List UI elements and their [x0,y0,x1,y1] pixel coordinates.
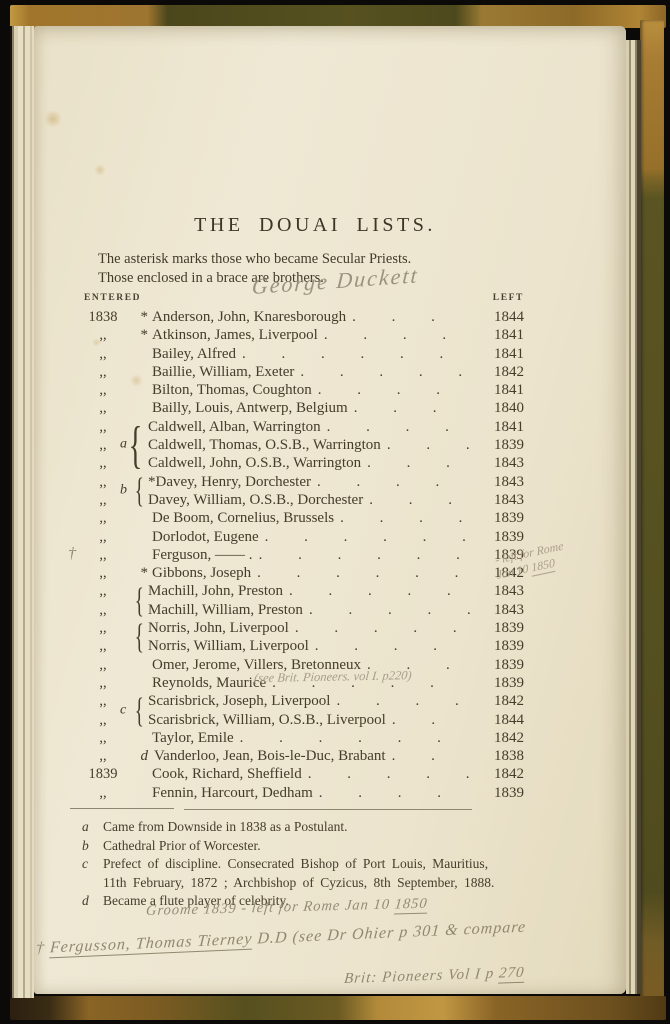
list-row: ,, Bilton, Thomas, Coughton 1841 [80,381,524,399]
name-cell: Ferguson, —— . [148,546,253,564]
left-year-cell: 1843 [478,491,524,509]
left-year-cell: 1842 [478,765,524,783]
book-cover-right-edge [640,20,664,1012]
footnote: c Prefect of discipline. Consecrated Bis… [82,855,552,892]
dot-leader [392,711,470,729]
left-year-cell: 1841 [478,418,524,436]
name-cell: Taylor, Emile [148,729,234,747]
left-year-cell: 1839 [478,528,524,546]
footnote-text: Prefect of discipline. Consecrated Bisho… [103,855,552,892]
dot-leader [240,729,470,747]
dot-leader [387,436,470,454]
name-cell: Machill, William, Preston [148,601,303,619]
name-cell: Bilton, Thomas, Coughton [148,381,312,399]
left-year-cell: 1839 [478,637,524,655]
name-cell: Machill, John, Preston [148,582,283,600]
dot-leader [392,747,470,765]
footnote-letter: a [82,818,103,837]
handwritten-reynolds-note: (see Brit. Pioneers. vol I. p220) [253,668,412,686]
footnote-rule [70,808,174,809]
name-cell: Anderson, John, Knaresborough [148,308,346,326]
mark-cell: * [126,308,148,326]
dot-leader [367,454,470,472]
list-row: ,, Machill, John, Preston 1843 [80,582,524,600]
name-cell: Vanderloo, Jean, Bois-le-Duc, Brabant [150,747,386,765]
left-year-cell: 1840 [478,399,524,417]
name-cell: Atkinson, James, Liverpool [148,326,318,344]
footnote: a Came from Downside in 1838 as a Postul… [82,818,552,837]
dot-leader [242,345,470,363]
entered-year-cell: ,, [80,656,126,674]
dot-leader [309,601,470,619]
list-row: ,, De Boom, Cornelius, Brussels 1839 [80,509,524,527]
left-year-cell: 1841 [478,381,524,399]
name-cell: Caldwell, Alban, Warrington [148,418,321,436]
dot-leader [369,491,470,509]
entered-year-cell: ,, [80,436,126,454]
foxing-spot [94,164,106,176]
list-row: ,, Scarisbrick, William, O.S.B., Liverpo… [80,711,524,729]
list-row: ,, Dorlodot, Eugene 1839 [80,528,524,546]
list-row: ,, * Atkinson, James, Liverpool 1841 [80,326,524,344]
name-cell: Norris, William, Liverpool [148,637,309,655]
mark-cell: * [126,326,148,344]
dot-leader [300,363,470,381]
list-row: ,, Bailly, Louis, Antwerp, Belgium 1840 [80,399,524,417]
entered-year-cell: ,, [80,491,126,509]
entered-year-cell: ,, [80,692,126,710]
entered-year-cell: ,, [80,729,126,747]
footnote-letter: b [82,837,103,856]
dot-leader [317,473,470,491]
left-year-cell: 1841 [478,345,524,363]
footnote-letter: d [82,892,103,911]
entered-year-cell: ,, [80,674,126,692]
list-row: ,, *Davey, Henry, Dorchester 1843 [80,473,524,491]
dot-leader [336,692,470,710]
name-cell: De Boom, Cornelius, Brussels [148,509,334,527]
dot-leader [295,619,470,637]
left-year-cell: 1839 [478,509,524,527]
left-year-cell: 1843 [478,582,524,600]
left-year-cell: 1839 [478,784,524,802]
book-cover-bottom-edge [10,996,666,1020]
name-cell: Baillie, William, Exeter [148,363,294,381]
book-cover-top-edge [10,5,666,28]
book-page: THE DOUAI LISTS. The asterisk marks thos… [34,26,626,994]
list-row: ,, Scarisbrick, Joseph, Liverpool 1842 [80,692,524,710]
footnote: b Cathedral Prior of Worcester. [82,837,552,856]
dot-leader [289,582,470,600]
entered-year-cell: ,, [80,363,126,381]
entered-year-cell: ,, [80,546,126,564]
list-row: ,, Fennin, Harcourt, Dedham 1839 [80,784,524,802]
handwritten-margin-cross: † [68,545,76,563]
dot-leader [352,308,470,326]
list-row: ,, * Gibbons, Joseph 1842 [80,564,524,582]
dot-leader [259,546,470,564]
name-cell: Davey, William, O.S.B., Dorchester [148,491,363,509]
left-year-cell: 1839 [478,619,524,637]
entered-year-cell: ,, [80,711,126,729]
name-cell: Scarisbrick, Joseph, Liverpool [148,692,330,710]
mark-cell: d [126,747,150,765]
page-title: THE DOUAI LISTS. [34,214,596,237]
footnote-rule [184,809,472,810]
page-stack-gutter [10,26,34,998]
list-row: 1838 * Anderson, John, Knaresborough 184… [80,308,524,326]
dot-leader [318,381,470,399]
list-row: ,, Baillie, William, Exeter 1842 [80,363,524,381]
list-row: 1839 Cook, Richard, Sheffield 1842 [80,765,524,783]
list-row: ,, Ferguson, —— . 1839 [80,546,524,564]
handwritten-fergusson-note: † Fergusson, Thomas Tierney D.D (see Dr … [35,919,526,958]
column-header-left: LEFT [493,293,524,303]
left-year-cell: 1843 [478,601,524,619]
left-year-cell: 1842 [478,692,524,710]
name-cell: Norris, John, Liverpool [148,619,289,637]
list-row: ,, d Vanderloo, Jean, Bois-le-Duc, Braba… [80,747,524,765]
entered-year-cell: ,, [80,601,126,619]
footnote-letter: c [82,855,103,892]
mark-cell: * [126,564,148,582]
left-year-cell: 1843 [478,473,524,491]
foxing-spot [44,110,62,128]
entered-year-cell: ,, [80,509,126,527]
dot-leader [327,418,470,436]
list-row: ,, Bailey, Alfred 1841 [80,345,524,363]
entered-year-cell: ,, [80,418,126,436]
list-row: ,, Norris, John, Liverpool 1839 [80,619,524,637]
dot-leader [265,528,470,546]
dot-leader [354,399,470,417]
name-cell: Bailey, Alfred [148,345,236,363]
left-year-cell: 1842 [478,363,524,381]
list-row: ,, Taylor, Emile 1842 [80,729,524,747]
entered-year-cell: 1838 [80,308,126,326]
entered-year-cell: ,, [80,399,126,417]
list-row: ,, Caldwell, Thomas, O.S.B., Warrington … [80,436,524,454]
footnotes: a Came from Downside in 1838 as a Postul… [82,818,552,911]
dot-leader [315,637,470,655]
left-year-cell: 1839 [478,656,524,674]
column-header-entered: ENTERED [84,293,141,303]
list-row: ,, Caldwell, John, O.S.B., Warrington 18… [80,454,524,472]
book-photograph: THE DOUAI LISTS. The asterisk marks thos… [0,0,670,1024]
name-cell: Caldwell, John, O.S.B., Warrington [148,454,361,472]
left-year-cell: 1842 [478,729,524,747]
left-year-cell: 1841 [478,326,524,344]
name-cell: Reynolds, Maurice [148,674,266,692]
dot-leader [257,564,470,582]
name-cell: *Davey, Henry, Dorchester [148,473,311,491]
left-year-cell: 1844 [478,308,524,326]
name-cell: Bailly, Louis, Antwerp, Belgium [148,399,348,417]
left-year-cell: 1844 [478,711,524,729]
footnote-text: Came from Downside in 1838 as a Postulan… [103,818,552,837]
entered-year-cell: ,, [80,345,126,363]
list-row: ,, Davey, William, O.S.B., Dorchester 18… [80,491,524,509]
name-cell: Cook, Richard, Sheffield [148,765,302,783]
list-row: ,, Machill, William, Preston 1843 [80,601,524,619]
left-year-cell: 1839 [478,674,524,692]
entered-year-cell: ,, [80,564,126,582]
list-row: ,, Caldwell, Alban, Warrington 1841 [80,418,524,436]
dot-leader [319,784,470,802]
entered-year-cell: ,, [80,381,126,399]
column-headers: ENTERED LEFT [80,293,524,306]
name-cell: Caldwell, Thomas, O.S.B., Warrington [148,436,381,454]
page-stack-fore-edge [626,40,641,994]
list-row: ,, Norris, William, Liverpool 1839 [80,637,524,655]
dot-leader [324,326,470,344]
left-year-cell: 1843 [478,454,524,472]
handwritten-pioneers-note: Brit: Pioneers Vol I p 270 [343,965,525,988]
entered-year-cell: ,, [80,784,126,802]
footnote-text: Cathedral Prior of Worcester. [103,837,552,856]
dot-leader [308,765,470,783]
name-cell: Dorlodot, Eugene [148,528,259,546]
entered-year-cell: 1839 [80,765,126,783]
entered-year-cell: ,, [80,747,126,765]
entered-year-cell: ,, [80,454,126,472]
name-cell: Scarisbrick, William, O.S.B., Liverpool [148,711,386,729]
douai-list: 1838 * Anderson, John, Knaresborough 184… [80,308,524,802]
left-year-cell: 1838 [478,747,524,765]
entered-year-cell: ,, [80,473,126,491]
entered-year-cell: ,, [80,637,126,655]
entered-year-cell: ,, [80,619,126,637]
entered-year-cell: ,, [80,326,126,344]
entered-year-cell: ,, [80,582,126,600]
name-cell: Gibbons, Joseph [148,564,251,582]
name-cell: Fennin, Harcourt, Dedham [148,784,313,802]
dot-leader [340,509,470,527]
entered-year-cell: ,, [80,528,126,546]
left-year-cell: 1839 [478,436,524,454]
